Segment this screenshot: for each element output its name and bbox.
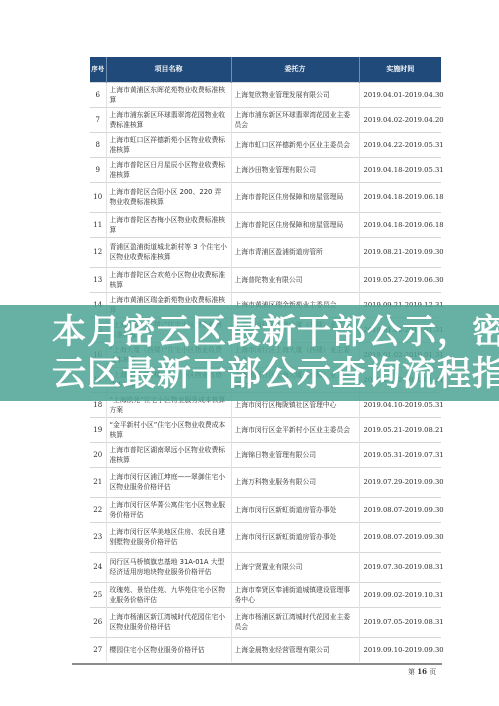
row-number: 13 (90, 267, 106, 292)
page-number: 第 16 页 (408, 667, 436, 677)
project-name: 樱园住宅小区物业服务价格评估 (106, 637, 231, 662)
implementation-period: 2019.09.02-2019.10.31 (359, 582, 441, 607)
row-number: 12 (90, 237, 106, 267)
table-row: 21上海市闵行区浦江坤庭——翠御住宅小区物业服务价格评估上海万科物业服务有限公司… (90, 467, 441, 497)
project-name: 闵行区马桥镇旗忠基地 31A-01A 大型经济适用房地块物业服务价格评估 (106, 552, 231, 582)
client-name: 上海市青浦区盈浦街道房管所 (231, 237, 359, 267)
implementation-period: 2019.04.18-2019.06.18 (359, 212, 441, 237)
table-row: 27樱园住宅小区物业服务价格评估上海金晨物业经营管理有限公司2019.09.10… (90, 637, 441, 662)
row-number: 10 (90, 182, 106, 212)
project-name: 上海市闵行区华美地区住房、农民自建别墅物业服务价格评估 (106, 522, 231, 552)
table-row: 25玫瑰苑、景怡佳苑、九华苑住宅小区物业服务价格评估上海市奉贤区奉浦街道城镇建设… (90, 582, 441, 607)
row-number: 27 (90, 637, 106, 662)
project-name: “金平新村小区”住宅小区物业收费成本核算 (106, 417, 231, 442)
implementation-period: 2019.04.02-2019.04.20 (359, 107, 441, 132)
project-name: 上海市浦东新区环球翡翠湾花园物业收费标准核算 (106, 107, 231, 132)
table-row: 13上海市普陀区合欢苑小区物业收费标准核算上海普陀物业有限公司2019.05.2… (90, 267, 441, 292)
row-number: 9 (90, 157, 106, 182)
project-name: 上海市杨浦区新江湾城时代花园住宅小区物业服务价格评估 (106, 607, 231, 637)
project-name: 上海市普陀区合欢苑小区物业收费标准核算 (106, 267, 231, 292)
banner-title-line-2: 云区最新干部公示查询流程指 (52, 353, 499, 395)
row-number: 24 (90, 552, 106, 582)
table-row: 22上海市闵行区华菁公寓住宅小区物业服务价格评估上海市闵行区新虹街道房管办事处2… (90, 497, 441, 522)
project-name: 上海市普陀区杏梅小区物业收费标准核算 (106, 212, 231, 237)
client-name: 上海市闵行区新虹街道房管办事处 (231, 522, 359, 552)
implementation-period: 2019.07.05-2019.08.31 (359, 607, 441, 637)
client-name: 上海市闵行区新虹街道房管办事处 (231, 497, 359, 522)
table-row: 23上海市闵行区华美地区住房、农民自建别墅物业服务价格评估上海市闵行区新虹街道房… (90, 522, 441, 552)
client-name: 上海锦日物业管理有限公司 (231, 442, 359, 467)
row-number: 6 (90, 82, 106, 107)
row-number: 8 (90, 132, 106, 157)
table-row: 11上海市普陀区杏梅小区物业收费标准核算上海市普陀区住房保障和房屋管理局2019… (90, 212, 441, 237)
client-name: 上海市闵行区金平新村小区业主委员会 (231, 417, 359, 442)
project-name: 上海市虹口区祥德新苑小区物业收费标准核算 (106, 132, 231, 157)
implementation-period: 2019.08.21-2019.09.30 (359, 237, 441, 267)
client-name: 上海宁贤置业有限公司 (231, 552, 359, 582)
table-row: 8上海市虹口区祥德新苑小区物业收费标准核算上海市虹口区祥德新苑小区业主委员会20… (90, 132, 441, 157)
table-row: 26上海市杨浦区新江湾城时代花园住宅小区物业服务价格评估上海市杨浦区新江湾城时代… (90, 607, 441, 637)
client-name: 上海市奉贤区奉浦街道城镇建设管理事务中心 (231, 582, 359, 607)
implementation-period: 2019.05.31-2019.07.31 (359, 442, 441, 467)
implementation-period: 2019.07.29-2019.09.30 (359, 467, 441, 497)
implementation-period: 2019.08.07-2019.09.30 (359, 522, 441, 552)
table-row: 19“金平新村小区”住宅小区物业收费成本核算上海市闵行区金平新村小区业主委员会2… (90, 417, 441, 442)
header-period: 实施时间 (359, 57, 441, 82)
table-row: 7上海市浦东新区环球翡翠湾花园物业收费标准核算上海市浦东新区环球翡翠湾花园业主委… (90, 107, 441, 132)
project-name: 青浦区盈浦街道城北新村等 3 个住宅小区物业收费标准核算 (106, 237, 231, 267)
header-project-name: 项目名称 (106, 57, 231, 82)
project-name: 上海市闵行区浦江坤庭——翠御住宅小区物业服务价格评估 (106, 467, 231, 497)
page-prefix: 第 (408, 668, 415, 676)
implementation-period: 2019.04.01-2019.04.30 (359, 82, 441, 107)
client-name: 上海市杨浦区新江湾城时代花园业主委员会 (231, 607, 359, 637)
client-name: 上海沙田物业管理有限公司 (231, 157, 359, 182)
table-row: 12青浦区盈浦街道城北新村等 3 个住宅小区物业收费标准核算上海市青浦区盈浦街道… (90, 237, 441, 267)
row-number: 26 (90, 607, 106, 637)
implementation-period: 2019.05.27-2019.06.30 (359, 267, 441, 292)
client-name: 上海复欣物业管理发展有限公司 (231, 82, 359, 107)
project-name: 玫瑰苑、景怡佳苑、九华苑住宅小区物业服务价格评估 (106, 582, 231, 607)
project-name: 上海市普陀区合阳小区 200、220 弄物业收费标准核算 (106, 182, 231, 212)
implementation-period: 2019.08.07-2019.09.30 (359, 497, 441, 522)
implementation-period: 2019.05.21-2019.08.21 (359, 417, 441, 442)
table-row: 24闵行区马桥镇旗忠基地 31A-01A 大型经济适用房地块物业服务价格评估上海… (90, 552, 441, 582)
client-name: 上海万科物业服务有限公司 (231, 467, 359, 497)
table-row: 10上海市普陀区合阳小区 200、220 弄物业收费标准核算上海市普陀区住房保障… (90, 182, 441, 212)
table-row: 9上海市普陀区日月星辰小区物业收费标准核算上海沙田物业管理有限公司2019.04… (90, 157, 441, 182)
row-number: 25 (90, 582, 106, 607)
project-name: 上海市普陀区日月星辰小区物业收费标准核算 (106, 157, 231, 182)
row-number: 20 (90, 442, 106, 467)
client-name: 上海市普陀区住房保障和房屋管理局 (231, 212, 359, 237)
project-name: 上海市闵行区华菁公寓住宅小区物业服务价格评估 (106, 497, 231, 522)
implementation-period: 2019.09.10-2019.09.30 (359, 637, 441, 662)
row-number: 7 (90, 107, 106, 132)
project-name: 上海市普陀区湖南翠远小区物业收费标准核算 (106, 442, 231, 467)
document-page: 序号 项目名称 委托方 实施时间 6上海市黄浦区东晖花苑物业收费标准核算上海复欣… (0, 0, 499, 706)
header-no: 序号 (90, 57, 106, 82)
client-name: 上海市普陀区住房保障和房屋管理局 (231, 182, 359, 212)
implementation-period: 2019.04.18-2019.06.18 (359, 182, 441, 212)
row-number: 22 (90, 497, 106, 522)
table-row: 6上海市黄浦区东晖花苑物业收费标准核算上海复欣物业管理发展有限公司2019.04… (90, 82, 441, 107)
row-number: 11 (90, 212, 106, 237)
project-name: 上海市黄浦区东晖花苑物业收费标准核算 (106, 82, 231, 107)
row-number: 23 (90, 522, 106, 552)
table-row: 20上海市普陀区湖南翠远小区物业收费标准核算上海锦日物业管理有限公司2019.0… (90, 442, 441, 467)
page-number-value: 16 (417, 667, 427, 676)
page-suffix: 页 (429, 668, 436, 676)
implementation-period: 2019.04.18-2019.05.31 (359, 157, 441, 182)
title-banner: 本月密云区最新干部公示，密 云区最新干部公示查询流程指 (0, 305, 499, 401)
implementation-period: 2019.04.22-2019.05.31 (359, 132, 441, 157)
header-client: 委托方 (231, 57, 359, 82)
client-name: 上海市浦东新区环球翡翠湾花园业主委员会 (231, 107, 359, 132)
client-name: 上海金晨物业经营管理有限公司 (231, 637, 359, 662)
row-number: 21 (90, 467, 106, 497)
row-number: 19 (90, 417, 106, 442)
banner-title-line-1: 本月密云区最新干部公示，密 (52, 311, 499, 353)
implementation-period: 2019.07.30-2019.08.31 (359, 552, 441, 582)
footer-divider (72, 663, 442, 665)
client-name: 上海市虹口区祥德新苑小区业主委员会 (231, 132, 359, 157)
client-name: 上海普陀物业有限公司 (231, 267, 359, 292)
table-header-row: 序号 项目名称 委托方 实施时间 (90, 57, 441, 82)
